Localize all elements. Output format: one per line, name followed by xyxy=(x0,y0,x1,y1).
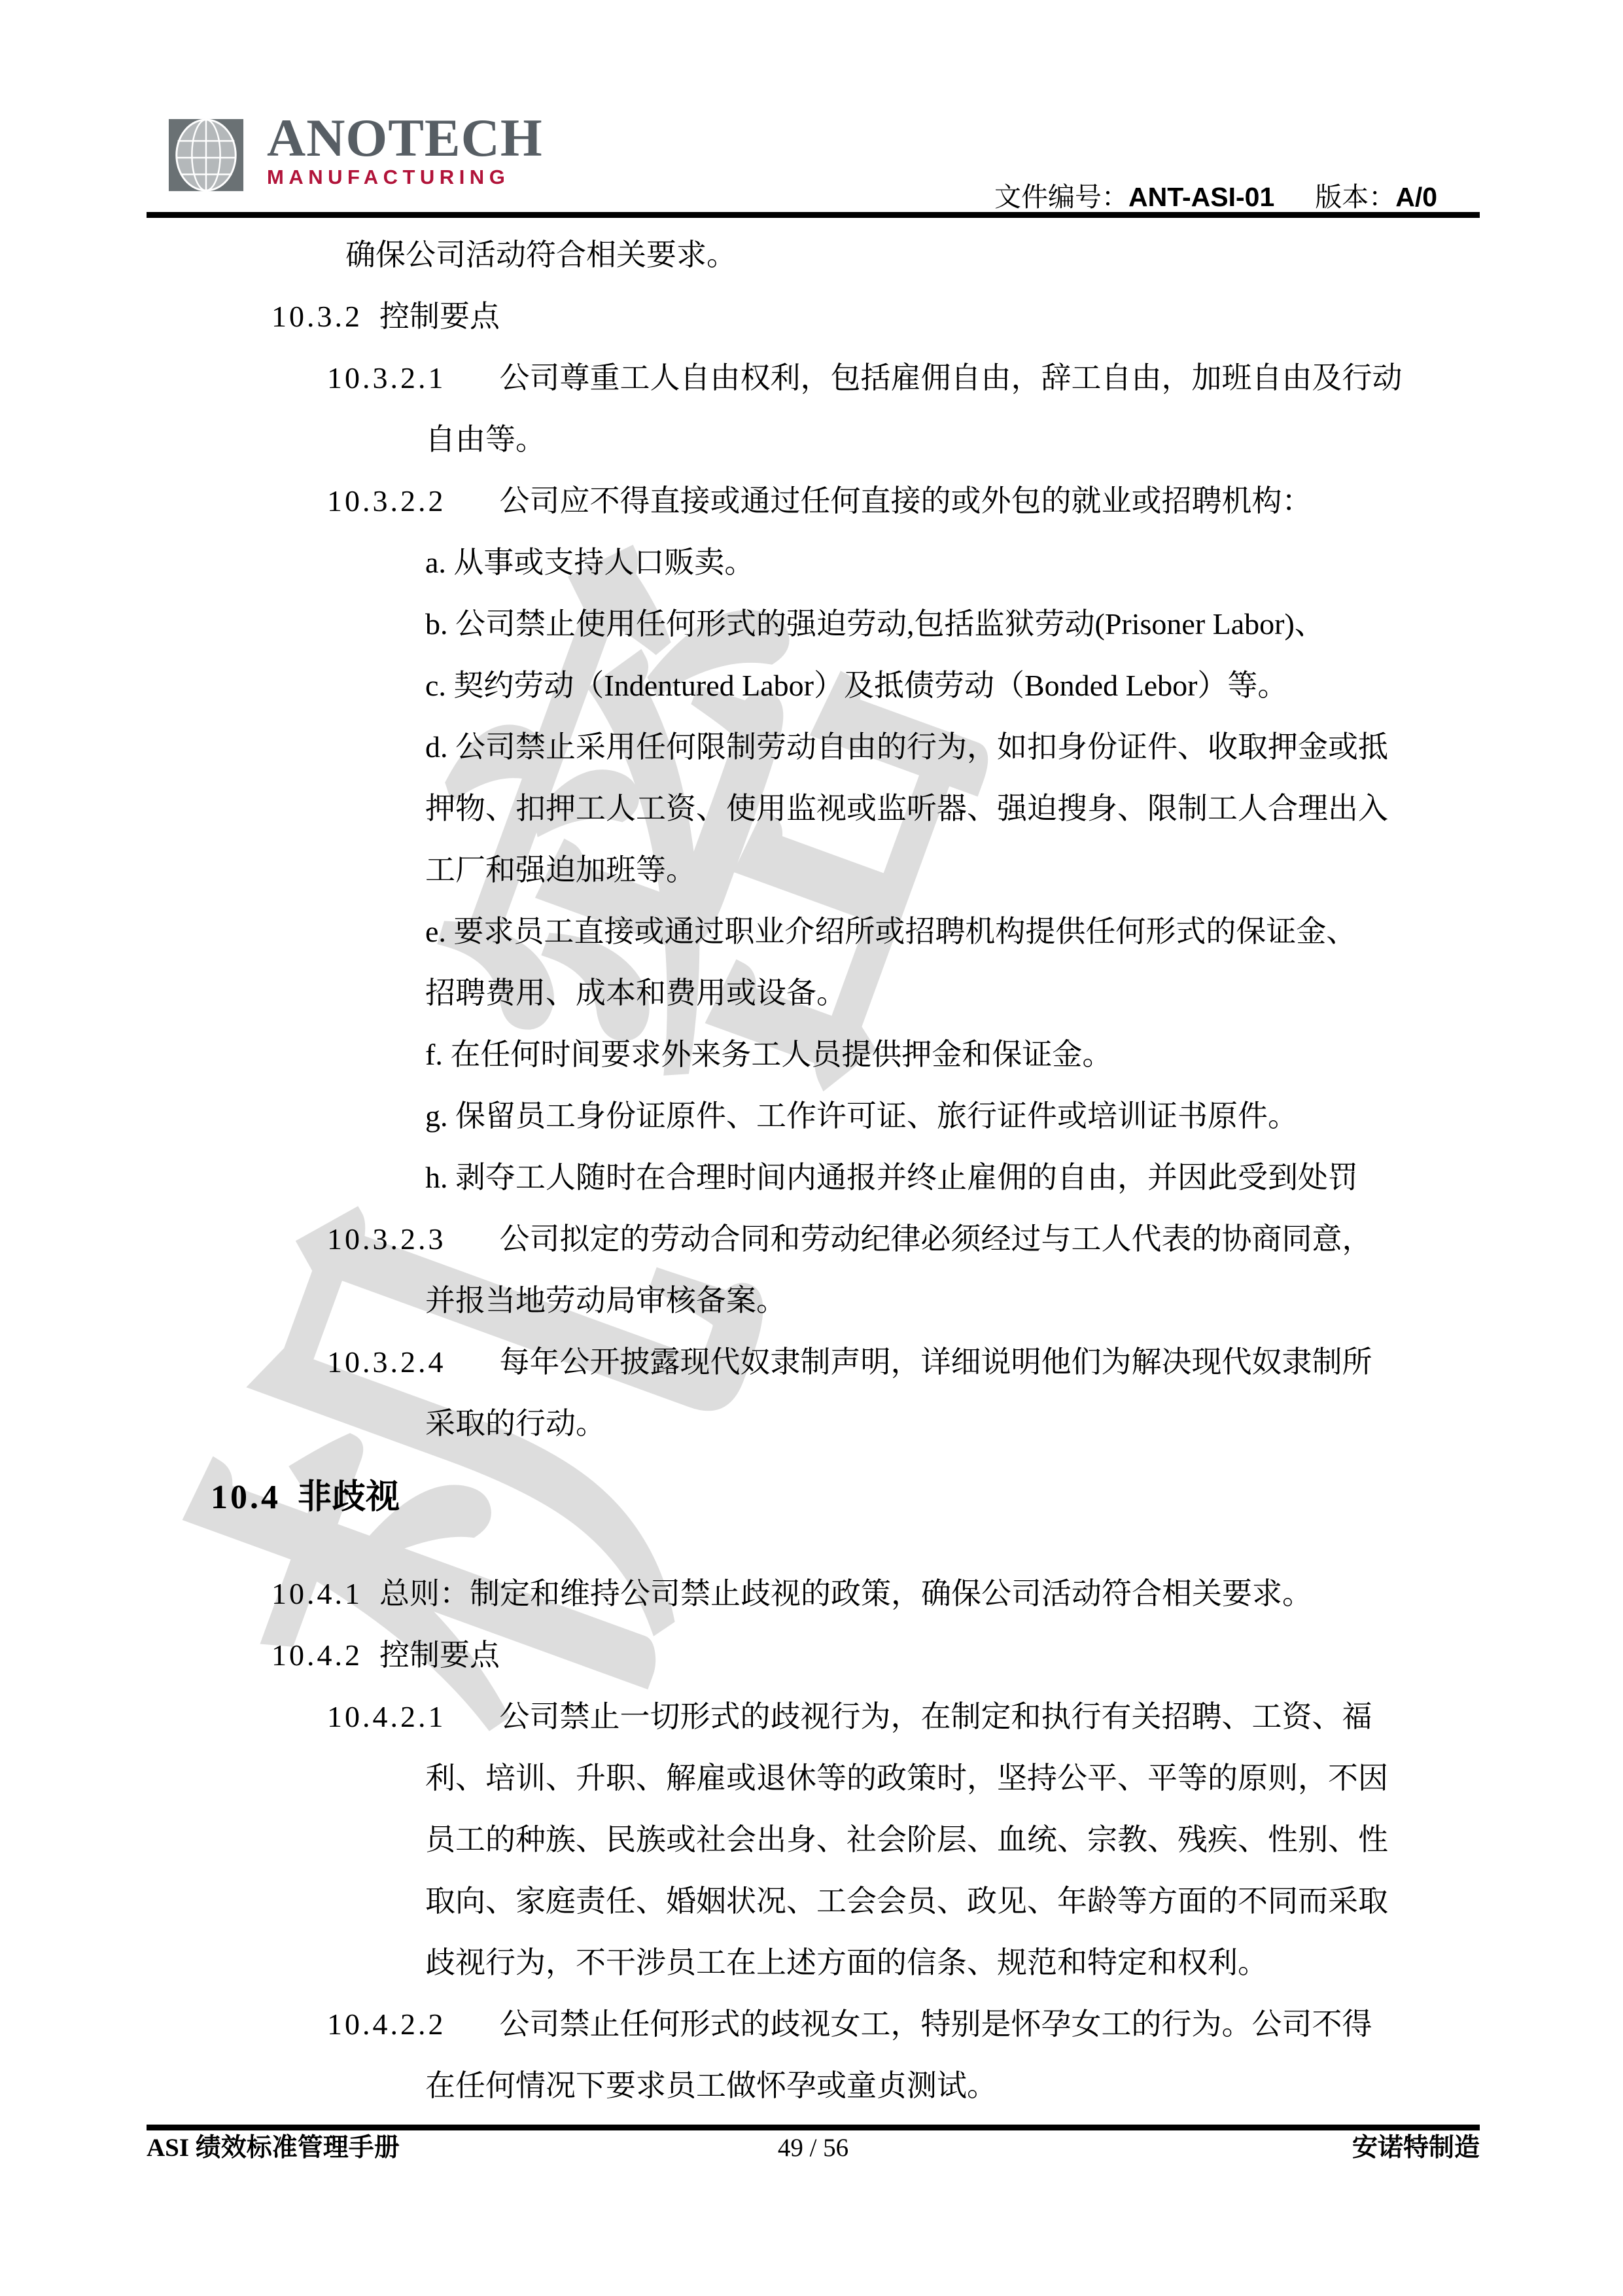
line-text: e. 要求员工直接或通过职业介绍所或招聘机构提供任何形式的保证金、 xyxy=(425,915,1356,948)
clause-number: 10.3.2 xyxy=(271,300,362,333)
clause-number: 10.3.2.2 xyxy=(327,484,446,518)
body-line: h. 剥夺工人随时在合理时间内通报并终止雇佣的自由，并因此受到处罚 xyxy=(0,1147,1623,1209)
line-text: d. 公司禁止采用任何限制劳动自由的行为，如扣身份证件、收取押金或抵 xyxy=(425,730,1388,764)
line-text: b. 公司禁止使用任何形式的强迫劳动,包括监狱劳动(Prisoner Labor… xyxy=(425,607,1325,641)
line-text: 公司禁止一切形式的歧视行为，在制定和执行有关招聘、工资、福 xyxy=(500,1700,1372,1733)
company-logo: ANOTECH MANUFACTURING xyxy=(167,111,543,195)
body-line: 10.4.1总则：制定和维持公司禁止歧视的政策，确保公司活动符合相关要求。 xyxy=(0,1563,1623,1625)
body-line: b. 公司禁止使用任何形式的强迫劳动,包括监狱劳动(Prisoner Labor… xyxy=(0,593,1623,655)
body-line: 10.3.2.1公司尊重工人自由权利，包括雇佣自由，辞工自由，加班自由及行动 xyxy=(0,347,1623,409)
body-line: 10.4.2.2公司禁止任何形式的歧视女工，特别是怀孕女工的行为。公司不得 xyxy=(0,1994,1623,2055)
line-text: 采取的行动。 xyxy=(425,1407,606,1440)
body-line: d. 公司禁止采用任何限制劳动自由的行为，如扣身份证件、收取押金或抵 xyxy=(0,716,1623,778)
clause-number: 10.3.2.1 xyxy=(327,361,446,395)
body-line: 员工的种族、民族或社会出身、社会阶层、血统、宗教、残疾、性别、性 xyxy=(0,1809,1623,1871)
body-line: 在任何情况下要求员工做怀孕或童贞测试。 xyxy=(0,2055,1623,2117)
document-body: 确保公司活动符合相关要求。10.3.2控制要点10.3.2.1公司尊重工人自由权… xyxy=(0,224,1623,2117)
clause-number: 10.4.2.2 xyxy=(327,2007,446,2041)
line-text: 歧视行为，不干涉员工在上述方面的信条、规范和特定和权利。 xyxy=(425,1946,1268,1979)
clause-number: 10.4.2.1 xyxy=(327,1700,446,1733)
line-text: 员工的种族、民族或社会出身、社会阶层、血统、宗教、残疾、性别、性 xyxy=(425,1823,1388,1856)
page-footer: ASI 绩效标准管理手册 49 / 56 安诺特制造 xyxy=(147,2133,1480,2163)
line-text: 自由等。 xyxy=(425,423,546,456)
body-line: e. 要求员工直接或通过职业介绍所或招聘机构提供任何形式的保证金、 xyxy=(0,901,1623,963)
line-text: 控制要点 xyxy=(379,300,500,333)
body-line: 10.3.2.2公司应不得直接或通过任何直接的或外包的就业或招聘机构： xyxy=(0,470,1623,532)
body-line: 招聘费用、成本和费用或设备。 xyxy=(0,963,1623,1024)
line-text: f. 在任何时间要求外来务工人员提供押金和保证金。 xyxy=(425,1038,1112,1071)
line-text: c. 契约劳动（Indentured Labor）及抵债劳动（Bonded Le… xyxy=(425,669,1287,702)
footer-manual-title: ASI 绩效标准管理手册 xyxy=(147,2133,591,2163)
body-line: f. 在任何时间要求外来务工人员提供押金和保证金。 xyxy=(0,1024,1623,1086)
clause-number: 10.4.2 xyxy=(271,1638,362,1672)
footer-rule xyxy=(147,2125,1480,2130)
clause-number: 10.4.1 xyxy=(271,1577,362,1610)
body-line: 押物、扣押工人工资、使用监视或监听器、强迫搜身、限制工人合理出入 xyxy=(0,778,1623,839)
body-line: 10.3.2控制要点 xyxy=(0,286,1623,347)
body-line: a. 从事或支持人口贩卖。 xyxy=(0,532,1623,593)
body-line: 歧视行为，不干涉员工在上述方面的信条、规范和特定和权利。 xyxy=(0,1932,1623,1994)
line-text: h. 剥夺工人随时在合理时间内通报并终止雇佣的自由，并因此受到处罚 xyxy=(425,1161,1358,1194)
header-rule xyxy=(147,212,1480,218)
logo-text: ANOTECH MANUFACTURING xyxy=(267,111,543,188)
document-page: ANOTECH MANUFACTURING 文件编号：ANT-ASI-01版本：… xyxy=(0,0,1623,2296)
version-value: A/0 xyxy=(1395,182,1437,212)
body-line: 并报当地劳动局审核备案。 xyxy=(0,1270,1623,1332)
line-text: 控制要点 xyxy=(379,1638,500,1672)
clause-number: 10.4 xyxy=(211,1479,281,1516)
body-line: 10.4.2.1公司禁止一切形式的歧视行为，在制定和执行有关招聘、工资、福 xyxy=(0,1686,1623,1748)
body-line: c. 契约劳动（Indentured Labor）及抵债劳动（Bonded Le… xyxy=(0,655,1623,716)
body-line: 工厂和强迫加班等。 xyxy=(0,839,1623,901)
line-text: 在任何情况下要求员工做怀孕或童贞测试。 xyxy=(425,2069,997,2102)
clause-number: 10.3.2.4 xyxy=(327,1345,446,1379)
line-text: 公司尊重工人自由权利，包括雇佣自由，辞工自由，加班自由及行动 xyxy=(500,361,1403,395)
line-text: 押物、扣押工人工资、使用监视或监听器、强迫搜身、限制工人合理出入 xyxy=(425,792,1388,825)
line-text: 确保公司活动符合相关要求。 xyxy=(345,238,737,272)
line-text: 利、培训、升职、解雇或退休等的政策时，坚持公平、平等的原则，不因 xyxy=(425,1761,1388,1795)
line-text: a. 从事或支持人口贩卖。 xyxy=(425,546,754,579)
section-heading: 10.4非歧视 xyxy=(0,1466,1623,1529)
body-line: 10.3.2.4每年公开披露现代奴隶制声明，详细说明他们为解决现代奴隶制所 xyxy=(0,1332,1623,1393)
line-text: 每年公开披露现代奴隶制声明，详细说明他们为解决现代奴隶制所 xyxy=(500,1345,1372,1379)
line-text: 非歧视 xyxy=(298,1479,400,1516)
globe-icon xyxy=(167,118,245,195)
body-line: 采取的行动。 xyxy=(0,1393,1623,1455)
body-line: 取向、家庭责任、婚姻状况、工会会员、政见、年龄等方面的不同而采取 xyxy=(0,1871,1623,1932)
line-text: g. 保留员工身份证原件、工作许可证、旅行证件或培训证书原件。 xyxy=(425,1099,1298,1133)
footer-page-number: 49 / 56 xyxy=(591,2133,1035,2163)
line-text: 公司拟定的劳动合同和劳动纪律必须经过与工人代表的协商同意， xyxy=(500,1222,1372,1256)
doc-number-value: ANT-ASI-01 xyxy=(1128,182,1274,212)
version-label: 版本： xyxy=(1315,182,1395,212)
logo-title: ANOTECH xyxy=(267,111,543,165)
logo-subtitle: MANUFACTURING xyxy=(267,166,543,188)
line-text: 总则：制定和维持公司禁止歧视的政策，确保公司活动符合相关要求。 xyxy=(379,1577,1312,1610)
body-line: 10.3.2.3公司拟定的劳动合同和劳动纪律必须经过与工人代表的协商同意， xyxy=(0,1209,1623,1270)
body-line: 自由等。 xyxy=(0,409,1623,470)
line-text: 公司应不得直接或通过任何直接的或外包的就业或招聘机构： xyxy=(500,484,1312,518)
body-line: 确保公司活动符合相关要求。 xyxy=(0,224,1623,286)
body-line: g. 保留员工身份证原件、工作许可证、旅行证件或培训证书原件。 xyxy=(0,1086,1623,1147)
line-text: 取向、家庭责任、婚姻状况、工会会员、政见、年龄等方面的不同而采取 xyxy=(425,1884,1388,1918)
line-text: 并报当地劳动局审核备案。 xyxy=(425,1284,786,1317)
line-text: 公司禁止任何形式的歧视女工，特别是怀孕女工的行为。公司不得 xyxy=(500,2007,1372,2041)
doc-number-label: 文件编号： xyxy=(994,182,1128,212)
body-line: 利、培训、升职、解雇或退休等的政策时，坚持公平、平等的原则，不因 xyxy=(0,1748,1623,1809)
line-text: 招聘费用、成本和费用或设备。 xyxy=(425,976,846,1010)
body-line: 10.4.2控制要点 xyxy=(0,1625,1623,1686)
footer-company-name: 安诺特制造 xyxy=(1036,2133,1480,2163)
document-meta: 文件编号：ANT-ASI-01版本：A/0 xyxy=(994,175,1478,214)
line-text: 工厂和强迫加班等。 xyxy=(425,853,696,887)
clause-number: 10.3.2.3 xyxy=(327,1222,446,1256)
